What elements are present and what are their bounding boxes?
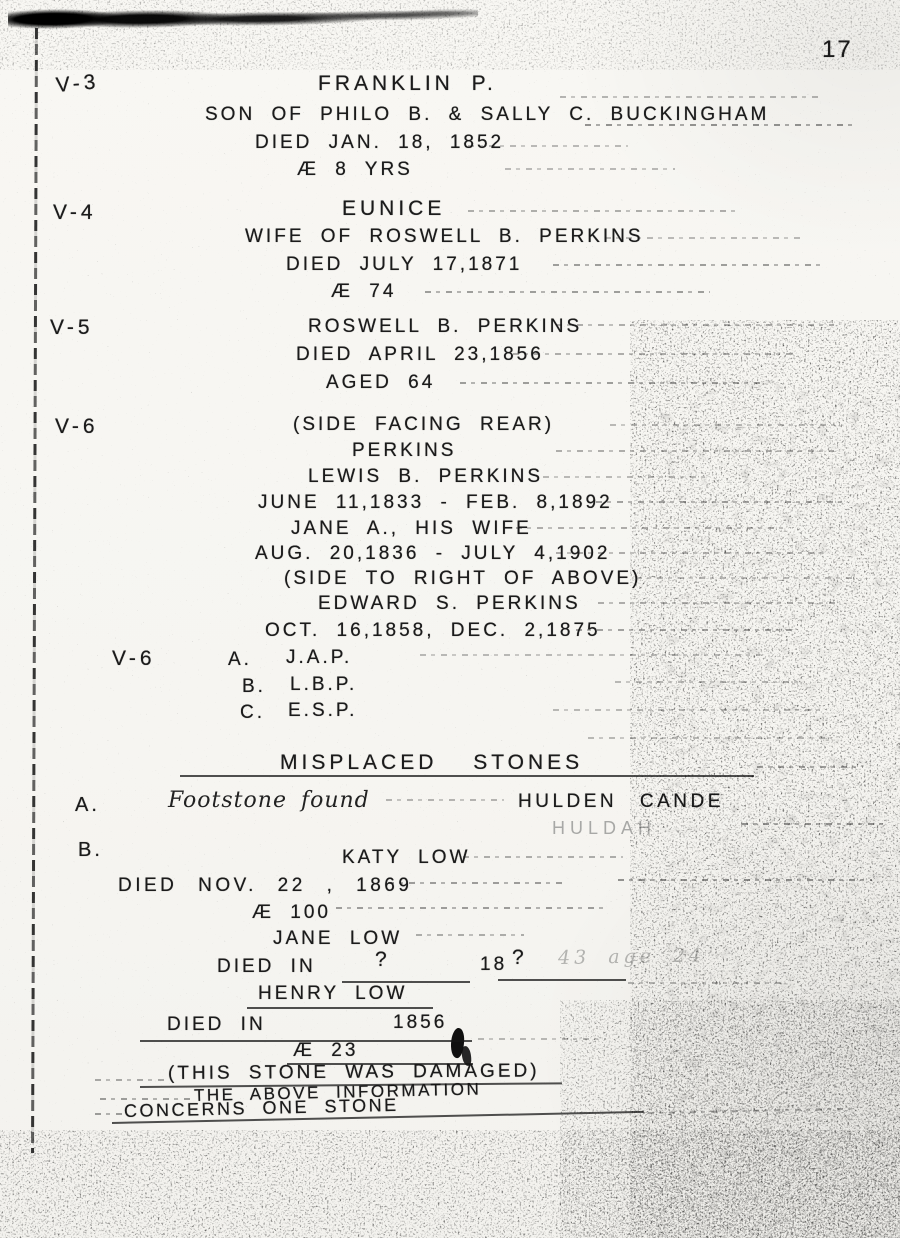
ruled-line-fragment bbox=[463, 856, 623, 858]
ruled-line-fragment bbox=[513, 353, 795, 355]
ruled-line-fragment bbox=[425, 291, 710, 293]
entry-v4-line: DIED JULY 17,1871 bbox=[286, 254, 522, 276]
ruled-line-fragment bbox=[615, 681, 805, 683]
item-a-name: HULDEN CANDE bbox=[518, 791, 724, 813]
entry-id-v6-initials: V-6 bbox=[112, 647, 156, 671]
initials-value: J.A.P. bbox=[286, 647, 352, 669]
item-b-label: B. bbox=[78, 839, 103, 862]
ruled-line-fragment bbox=[585, 124, 857, 126]
entry-v5-line: AGED 64 bbox=[326, 372, 435, 394]
entry-v6-line: AUG. 20,1836 - JULY 4,1902 bbox=[255, 543, 610, 565]
ruled-line-fragment bbox=[386, 799, 504, 801]
entry-v6-line: JANE A., HIS WIFE bbox=[291, 518, 532, 540]
jane-died-unknown-month: ? bbox=[375, 948, 391, 972]
item-a-pencil-correction: HULDAH bbox=[552, 818, 656, 839]
initials-letter: A. bbox=[228, 649, 252, 671]
henry-died-year: 1856 bbox=[393, 1012, 447, 1034]
jane-died-century: 18 bbox=[480, 954, 507, 976]
entry-v6-line: OCT. 16,1858, DEC. 2,1875 bbox=[265, 620, 601, 642]
underline-rule bbox=[287, 1063, 473, 1065]
underline-rule bbox=[247, 1007, 433, 1009]
ruled-line-fragment bbox=[416, 934, 524, 936]
ruled-line-fragment bbox=[618, 879, 872, 881]
ruled-line-fragment bbox=[628, 982, 786, 984]
entry-v6-line: EDWARD S. PERKINS bbox=[318, 593, 581, 615]
ruled-line-fragment bbox=[636, 577, 854, 579]
ruled-line-fragment bbox=[553, 709, 825, 711]
ruled-line-fragment bbox=[478, 1038, 606, 1040]
ruled-line-fragment bbox=[516, 527, 784, 529]
entry-id-v5: V-5 bbox=[50, 316, 94, 340]
entry-v5-name: ROSWELL B. PERKINS bbox=[308, 316, 582, 338]
ruled-line-fragment bbox=[95, 1113, 125, 1115]
ruled-line-fragment bbox=[560, 96, 820, 98]
ruled-line-fragment bbox=[100, 1098, 192, 1100]
entry-v6-line: PERKINS bbox=[352, 440, 456, 462]
ruled-line-fragment bbox=[95, 1079, 165, 1081]
jane-died-pencil-note: 43 age 24 bbox=[558, 944, 706, 969]
ruled-line-fragment bbox=[588, 737, 832, 739]
katy-low-died: DIED NOV. 22 , 1869 bbox=[118, 875, 412, 897]
entry-v4-line: WIFE OF ROSWELL B. PERKINS bbox=[245, 226, 644, 248]
ruled-line-fragment bbox=[576, 629, 794, 631]
entry-id-v4: V-4 bbox=[53, 201, 97, 225]
entry-v6-line: JUNE 11,1833 - FEB. 8,1892 bbox=[258, 492, 613, 514]
ruled-line-fragment bbox=[420, 654, 760, 656]
ruled-line-fragment bbox=[556, 552, 824, 554]
item-a-note: Footstone found bbox=[168, 788, 370, 813]
entry-v6-line: (SIDE FACING REAR) bbox=[293, 414, 554, 436]
ruled-line-fragment bbox=[757, 766, 863, 768]
underline-rule bbox=[140, 1040, 472, 1042]
ruled-line-fragment bbox=[543, 476, 708, 478]
ruled-line-fragment bbox=[336, 907, 604, 909]
ruled-line-fragment bbox=[556, 324, 834, 326]
ruled-line-fragment bbox=[605, 237, 800, 239]
photocopy-noise bbox=[0, 0, 900, 1238]
ruled-line-fragment bbox=[742, 823, 884, 825]
ruled-line-fragment bbox=[648, 1108, 858, 1114]
entry-v3-line: DIED JAN. 18, 1852 bbox=[255, 132, 504, 154]
left-margin-line bbox=[31, 28, 38, 1153]
ruled-line-fragment bbox=[598, 602, 840, 604]
entry-v3-line: Æ 8 YRS bbox=[297, 159, 413, 181]
jane-died-unknown-year: ? bbox=[512, 946, 528, 970]
initials-letter: C. bbox=[240, 702, 265, 724]
entry-v3-line: SON OF PHILO B. & SALLY C. BUCKINGHAM bbox=[205, 104, 769, 126]
initials-value: L.B.P. bbox=[290, 674, 357, 696]
jane-died-prefix: DIED IN bbox=[217, 956, 316, 978]
ruled-line-fragment bbox=[460, 382, 760, 384]
toner-smudge bbox=[8, 1, 478, 36]
scanned-cemetery-record-page: 17 V-3 FRANKLIN P. SON OF PHILO B. & SAL… bbox=[0, 0, 900, 1238]
initials-letter: B. bbox=[242, 676, 266, 698]
entry-v3-name: FRANKLIN P. bbox=[318, 72, 497, 96]
ruled-line-fragment bbox=[388, 882, 566, 884]
henry-died-prefix: DIED IN bbox=[167, 1014, 266, 1036]
entry-id-v3: V-3 bbox=[55, 70, 100, 98]
katy-low-name: KATY LOW bbox=[342, 847, 470, 869]
entry-v4-name: EUNICE bbox=[342, 197, 445, 221]
misplaced-stones-heading: MISPLACED STONES bbox=[280, 751, 583, 775]
ruled-line-fragment bbox=[468, 210, 740, 212]
henry-age: Æ 23 bbox=[293, 1040, 358, 1062]
page-number: 17 bbox=[822, 36, 853, 64]
ruled-line-fragment bbox=[468, 145, 628, 147]
ruled-line-fragment bbox=[553, 264, 820, 266]
entry-id-v6: V-6 bbox=[55, 415, 99, 439]
ruled-line-fragment bbox=[610, 424, 842, 426]
entry-v5-line: DIED APRIL 23,1856 bbox=[296, 344, 544, 366]
ruled-line-fragment bbox=[556, 450, 834, 452]
underline-rule bbox=[180, 775, 754, 777]
ruled-line-fragment bbox=[505, 168, 675, 170]
henry-low-name: HENRY LOW bbox=[258, 983, 407, 1005]
ruled-line-fragment bbox=[596, 501, 844, 503]
item-a-label: A. bbox=[75, 794, 100, 817]
underline-rule bbox=[498, 979, 626, 981]
initials-value: E.S.P. bbox=[288, 700, 357, 722]
entry-v4-line: Æ 74 bbox=[331, 281, 396, 303]
entry-v6-line: LEWIS B. PERKINS bbox=[308, 466, 543, 488]
katy-low-age: Æ 100 bbox=[252, 902, 331, 924]
entry-v6-line: (SIDE TO RIGHT OF ABOVE) bbox=[284, 568, 641, 590]
underline-rule bbox=[342, 981, 470, 983]
jane-low-name: JANE LOW bbox=[273, 928, 402, 950]
